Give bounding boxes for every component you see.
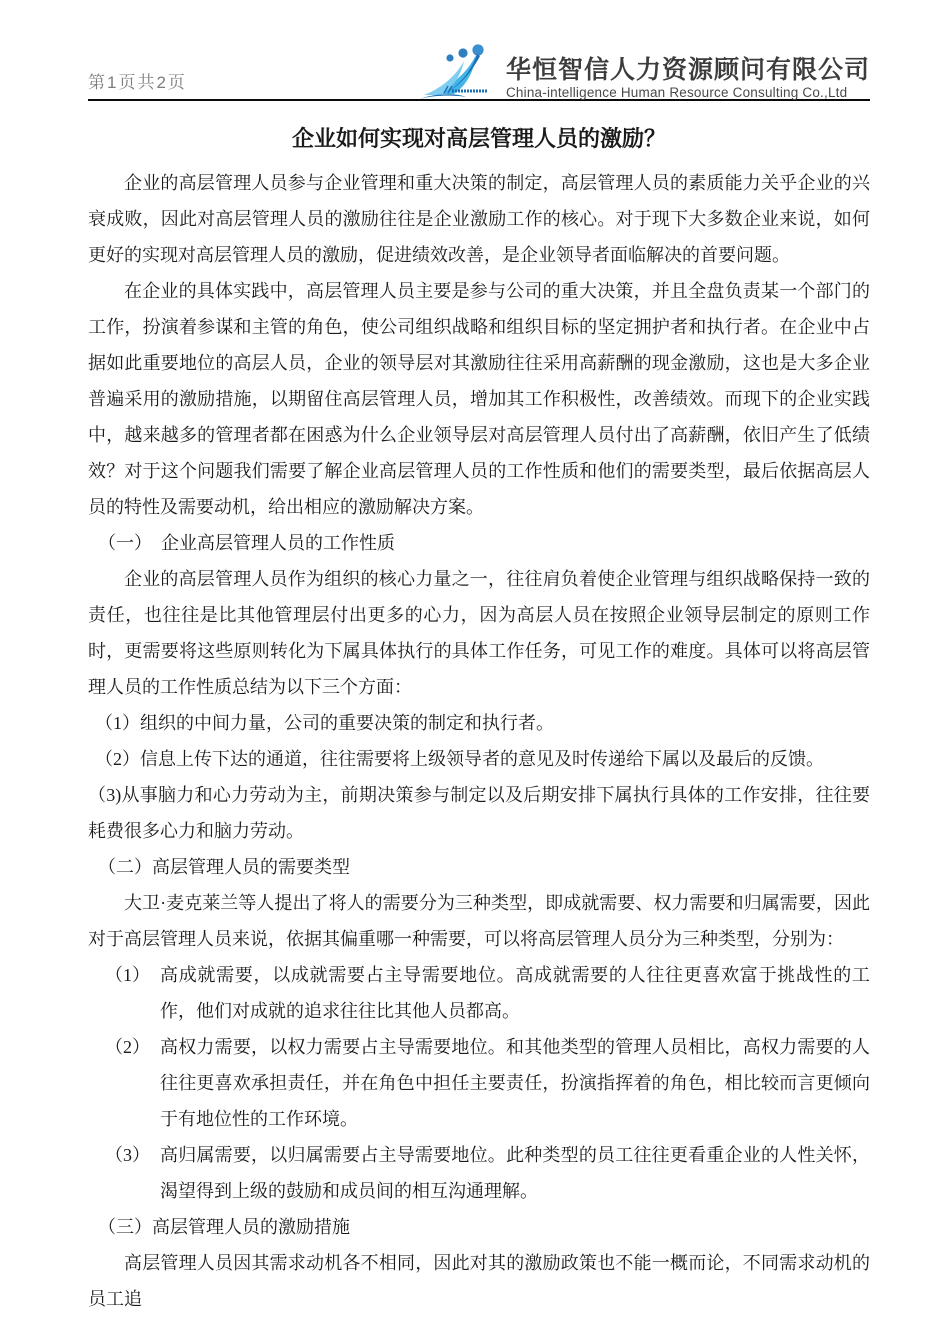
company-name-zh: 华恒智信人力资源顾问有限公司	[506, 56, 870, 85]
section-1-item-2: （2）信息上传下达的通道，往往需要将上级领导者的意见及时传递给下属以及最后的反馈…	[88, 741, 870, 777]
need-type-item-2-text: 高权力需要，以权力需要占主导需要地位。和其他类型的管理人员相比，高权力需要的人往…	[160, 1029, 870, 1137]
section-1-item-3: （3)从事脑力和心力劳动为主，前期决策参与制定以及后期安排下属执行具体的工作安排…	[88, 777, 870, 849]
need-type-item-3-marker: （3）	[88, 1137, 160, 1209]
page-header: 第1页共2页 华恒智信人力资源顾问有限公司 China-int	[88, 44, 870, 101]
section-1-heading: （一） 企业高层管理人员的工作性质	[88, 525, 870, 561]
need-type-item-1-text: 高成就需要，以成就需要占主导需要地位。高成就需要的人往往更喜欢富于挑战性的工作，…	[160, 957, 870, 1029]
company-name-en: China-intelligence Human Resource Consul…	[506, 85, 870, 101]
document-page: 第1页共2页 华恒智信人力资源顾问有限公司 China-int	[0, 0, 950, 1344]
company-logo: 华恒智信人力资源顾问有限公司 China-intelligence Human …	[414, 43, 870, 101]
need-type-item-1: （1） 高成就需要，以成就需要占主导需要地位。高成就需要的人往往更喜欢富于挑战性…	[88, 957, 870, 1029]
need-type-item-1-marker: （1）	[88, 957, 160, 1029]
section-2-heading: （二）高层管理人员的需要类型	[88, 849, 870, 885]
need-type-item-2: （2） 高权力需要，以权力需要占主导需要地位。和其他类型的管理人员相比，高权力需…	[88, 1029, 870, 1137]
section-1-item-1: （1）组织的中间力量，公司的重要决策的制定和执行者。	[88, 705, 870, 741]
need-type-item-2-marker: （2）	[88, 1029, 160, 1137]
need-type-item-3: （3） 高归属需要，以归属需要占主导需要地位。此种类型的员工往往更看重企业的人性…	[88, 1137, 870, 1209]
document-body: 企业如何实现对高层管理人员的激励？ 企业的高层管理人员参与企业管理和重大决策的制…	[88, 105, 870, 1317]
company-logo-text: 华恒智信人力资源顾问有限公司 China-intelligence Human …	[506, 56, 870, 101]
document-title: 企业如何实现对高层管理人员的激励？	[88, 119, 870, 159]
people-wave-logo-icon	[414, 43, 500, 101]
intro-paragraph: 企业的高层管理人员参与企业管理和重大决策的制定，高层管理人员的素质能力关乎企业的…	[88, 165, 870, 273]
page-number: 第1页共2页	[88, 68, 187, 93]
section-2-paragraph: 大卫·麦克莱兰等人提出了将人的需要分为三种类型，即成就需要、权力需要和归属需要，…	[88, 885, 870, 957]
practice-paragraph: 在企业的具体实践中，高层管理人员主要是参与公司的重大决策，并且全盘负责某一个部门…	[88, 273, 870, 525]
need-type-item-3-text: 高归属需要，以归属需要占主导需要地位。此种类型的员工往往更看重企业的人性关怀，渴…	[160, 1137, 870, 1209]
section-3-paragraph: 高层管理人员因其需求动机各不相同，因此对其的激励政策也不能一概而论，不同需求动机…	[88, 1245, 870, 1317]
section-1-paragraph: 企业的高层管理人员作为组织的核心力量之一，往往肩负着使企业管理与组织战略保持一致…	[88, 561, 870, 705]
section-3-heading: （三）高层管理人员的激励措施	[88, 1209, 870, 1245]
